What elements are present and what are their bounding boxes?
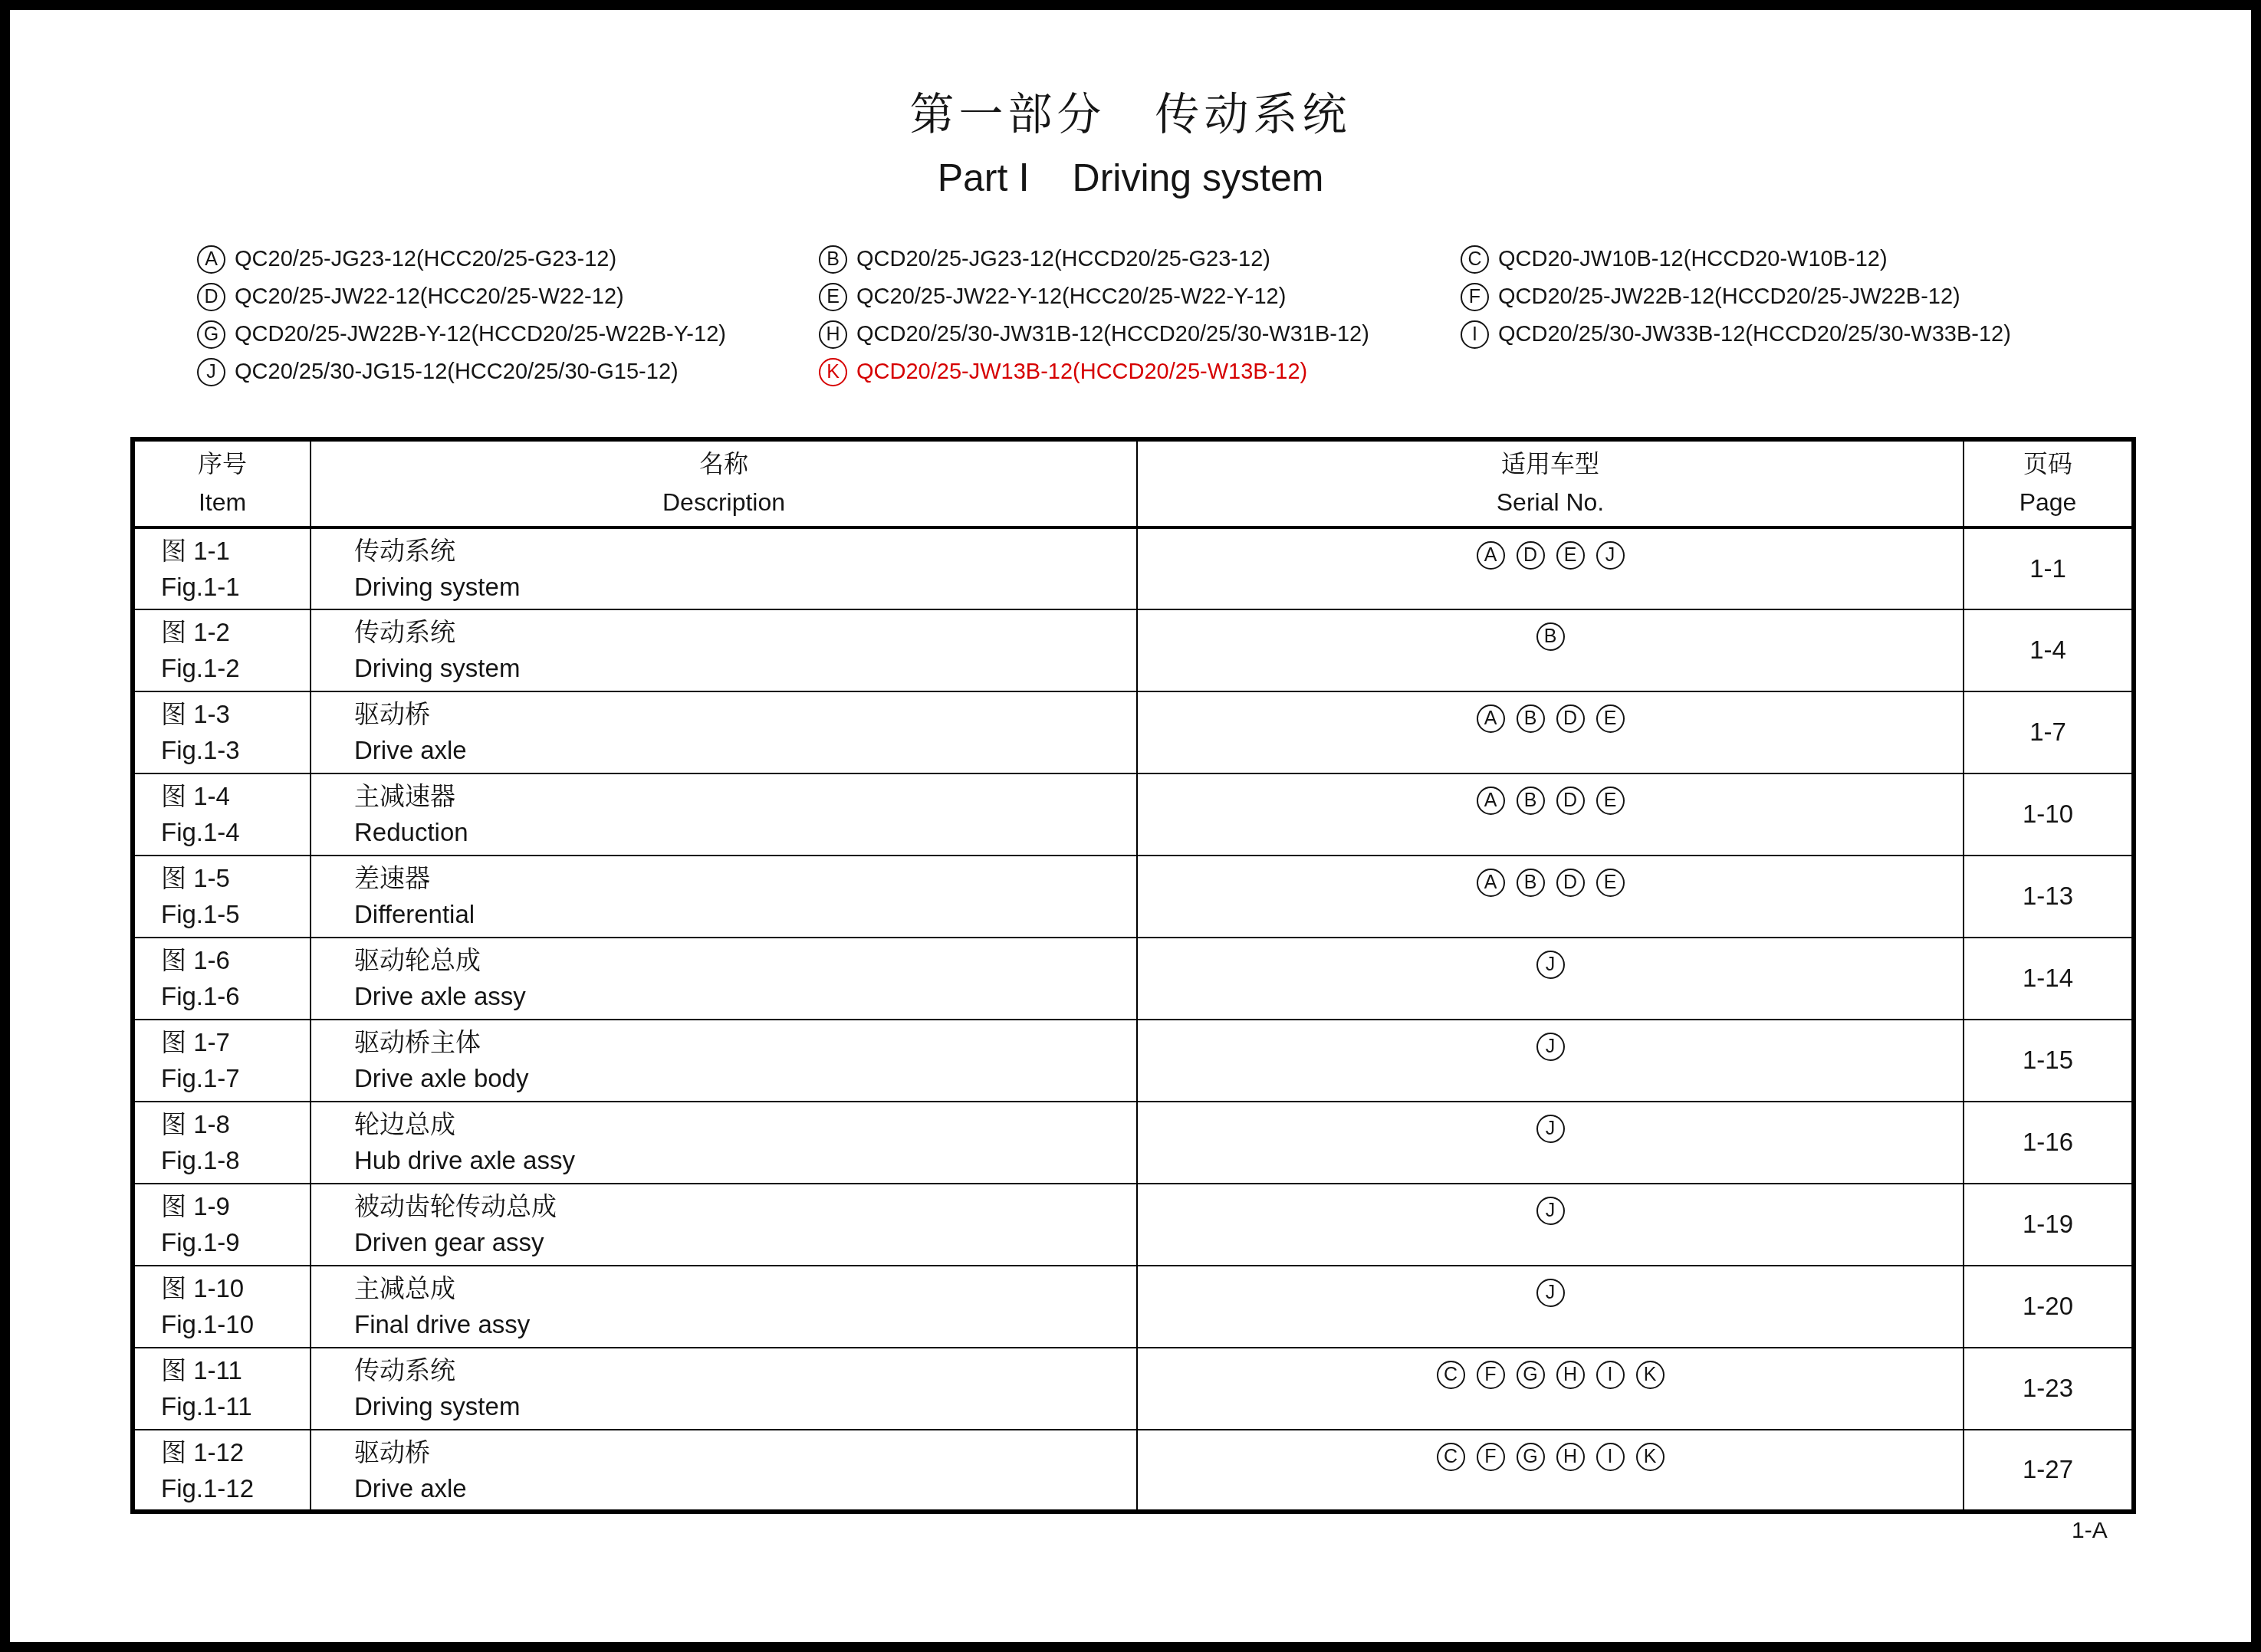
item-label-cn: 图 1-3 <box>161 697 310 733</box>
column-header-description: 名称 Description <box>311 439 1137 527</box>
description-en: Drive axle assy <box>354 979 1136 1015</box>
page-number-cell: 1-16 <box>1964 1102 2134 1184</box>
description-cell: 驱动桥Drive axle <box>311 691 1137 773</box>
legend-entry-b: BQCD20/25-JG23-12(HCCD20/25-G23-12) <box>819 245 1270 274</box>
serial-code-badge-icon: A <box>1477 704 1505 733</box>
description-cn: 主减总成 <box>354 1271 1136 1307</box>
item-label-cn: 图 1-1 <box>161 534 310 570</box>
serial-code-badge-icon: G <box>1517 1443 1545 1471</box>
serial-codes: ABDE <box>1477 704 1625 733</box>
serial-cell: J <box>1137 1266 1964 1348</box>
catalog-table: 序号 Item 名称 Description 适用车型 Serial No. 页… <box>130 437 2136 1514</box>
serial-codes: J <box>1536 1115 1565 1143</box>
legend-entry-c: CQCD20-JW10B-12(HCCD20-W10B-12) <box>1461 245 1888 274</box>
serial-code-badge-icon: D <box>1556 869 1585 897</box>
item-label-cn: 图 1-6 <box>161 943 310 979</box>
item-label-cn: 图 1-8 <box>161 1107 310 1143</box>
serial-code-badge-icon: E <box>1596 704 1625 733</box>
model-code-badge-icon: A <box>197 245 225 274</box>
table-row: 图 1-9Fig.1-9被动齿轮传动总成Driven gear assyJ1-1… <box>133 1184 2134 1266</box>
model-code-text: QCD20/25/30-JW31B-12(HCCD20/25/30-W31B-1… <box>856 322 1369 347</box>
item-label-cn: 图 1-10 <box>161 1271 310 1307</box>
description-cn: 驱动轮总成 <box>354 943 1136 979</box>
item-cell: 图 1-1Fig.1-1 <box>133 527 311 609</box>
serial-code-badge-icon: K <box>1636 1361 1665 1389</box>
table-row: 图 1-11Fig.1-11传动系统Driving systemCFGHIK1-… <box>133 1348 2134 1430</box>
item-cell: 图 1-4Fig.1-4 <box>133 773 311 856</box>
item-cell: 图 1-11Fig.1-11 <box>133 1348 311 1430</box>
serial-cell: CFGHIK <box>1137 1348 1964 1430</box>
model-code-text: QC20/25-JW22-Y-12(HCC20/25-W22-Y-12) <box>856 284 1286 310</box>
serial-cell: J <box>1137 1102 1964 1184</box>
item-label-en: Fig.1-2 <box>161 651 310 687</box>
item-cell: 图 1-2Fig.1-2 <box>133 609 311 691</box>
serial-code-badge-icon: E <box>1556 541 1585 570</box>
description-en: Reduction <box>354 815 1136 851</box>
model-code-badge-icon: C <box>1461 245 1489 274</box>
description-cell: 驱动桥Drive axle <box>311 1430 1137 1512</box>
description-en: Final drive assy <box>354 1307 1136 1343</box>
serial-cell: ABDE <box>1137 773 1964 856</box>
description-en: Driving system <box>354 1389 1136 1425</box>
item-label-en: Fig.1-4 <box>161 815 310 851</box>
legend-entry-e: EQC20/25-JW22-Y-12(HCC20/25-W22-Y-12) <box>819 283 1286 311</box>
description-cell: 传动系统Driving system <box>311 527 1137 609</box>
serial-cell: J <box>1137 938 1964 1020</box>
serial-codes: B <box>1536 622 1565 651</box>
serial-code-badge-icon: J <box>1536 1115 1565 1143</box>
serial-code-badge-icon: A <box>1477 869 1505 897</box>
model-code-text: QC20/25-JG23-12(HCC20/25-G23-12) <box>235 247 616 272</box>
item-cell: 图 1-6Fig.1-6 <box>133 938 311 1020</box>
legend-entry-h: HQCD20/25/30-JW31B-12(HCCD20/25/30-W31B-… <box>819 320 1369 349</box>
page-number-cell: 1-23 <box>1964 1348 2134 1430</box>
serial-code-badge-icon: B <box>1517 787 1545 815</box>
serial-cell: CFGHIK <box>1137 1430 1964 1512</box>
description-en: Drive axle body <box>354 1061 1136 1097</box>
serial-code-badge-icon: G <box>1517 1361 1545 1389</box>
model-code-badge-icon: G <box>197 320 225 349</box>
page-number-cell: 1-7 <box>1964 691 2134 773</box>
serial-code-badge-icon: K <box>1636 1443 1665 1471</box>
column-header-page: 页码 Page <box>1964 439 2134 527</box>
column-header-description-en: Description <box>311 484 1136 522</box>
serial-code-badge-icon: I <box>1596 1443 1625 1471</box>
model-code-badge-icon: I <box>1461 320 1489 349</box>
serial-codes: J <box>1536 1197 1565 1225</box>
legend-entry-i: IQCD20/25/30-JW33B-12(HCCD20/25/30-W33B-… <box>1461 320 2011 349</box>
description-cn: 轮边总成 <box>354 1107 1136 1143</box>
page-number-cell: 1-27 <box>1964 1430 2134 1512</box>
item-label-en: Fig.1-11 <box>161 1389 310 1425</box>
column-header-description-cn: 名称 <box>311 445 1136 484</box>
description-en: Driving system <box>354 570 1136 606</box>
column-header-item-en: Item <box>135 484 310 522</box>
legend-entry-j: JQC20/25/30-JG15-12(HCC20/25/30-G15-12) <box>197 358 679 386</box>
legend-entry-d: DQC20/25-JW22-12(HCC20/25-W22-12) <box>197 283 624 311</box>
description-cn: 驱动桥 <box>354 697 1136 733</box>
item-label-cn: 图 1-4 <box>161 779 310 815</box>
description-en: Hub drive axle assy <box>354 1143 1136 1179</box>
model-code-badge-icon: D <box>197 283 225 311</box>
legend-entry-a: AQC20/25-JG23-12(HCC20/25-G23-12) <box>197 245 616 274</box>
column-header-item-cn: 序号 <box>135 445 310 484</box>
table-row: 图 1-6Fig.1-6驱动轮总成Drive axle assyJ1-14 <box>133 938 2134 1020</box>
serial-codes: J <box>1536 1279 1565 1307</box>
description-en: Driving system <box>354 651 1136 687</box>
description-cell: 驱动轮总成Drive axle assy <box>311 938 1137 1020</box>
item-label-en: Fig.1-7 <box>161 1061 310 1097</box>
description-en: Driven gear assy <box>354 1225 1136 1261</box>
description-cell: 传动系统Driving system <box>311 609 1137 691</box>
table-row: 图 1-8Fig.1-8轮边总成Hub drive axle assyJ1-16 <box>133 1102 2134 1184</box>
item-label-cn: 图 1-11 <box>161 1353 310 1389</box>
column-header-page-en: Page <box>1964 484 2131 522</box>
serial-code-badge-icon: B <box>1517 869 1545 897</box>
item-cell: 图 1-3Fig.1-3 <box>133 691 311 773</box>
page-title-english: Part Ⅰ Driving system <box>0 156 2261 200</box>
description-cn: 驱动桥主体 <box>354 1025 1136 1061</box>
column-header-page-cn: 页码 <box>1964 445 2131 484</box>
table-row: 图 1-10Fig.1-10主减总成Final drive assyJ1-20 <box>133 1266 2134 1348</box>
table-row: 图 1-5Fig.1-5差速器DifferentialABDE1-13 <box>133 856 2134 938</box>
table-header-row: 序号 Item 名称 Description 适用车型 Serial No. 页… <box>133 439 2134 527</box>
model-code-badge-icon: K <box>819 358 847 386</box>
page-number-cell: 1-14 <box>1964 938 2134 1020</box>
item-label-cn: 图 1-7 <box>161 1025 310 1061</box>
legend-entry-k: KQCD20/25-JW13B-12(HCCD20/25-W13B-12) <box>819 358 1307 386</box>
serial-code-badge-icon: F <box>1477 1361 1505 1389</box>
item-label-cn: 图 1-9 <box>161 1189 310 1225</box>
serial-code-badge-icon: D <box>1556 787 1585 815</box>
page-title-chinese: 第一部分 传动系统 <box>0 78 2261 143</box>
description-cell: 传动系统Driving system <box>311 1348 1137 1430</box>
description-cn: 传动系统 <box>354 534 1136 570</box>
serial-code-badge-icon: D <box>1556 704 1585 733</box>
description-cn: 主减速器 <box>354 779 1136 815</box>
serial-codes: J <box>1536 951 1565 979</box>
serial-code-badge-icon: A <box>1477 787 1505 815</box>
serial-cell: J <box>1137 1020 1964 1102</box>
model-code-text: QC20/25/30-JG15-12(HCC20/25/30-G15-12) <box>235 360 679 385</box>
serial-cell: B <box>1137 609 1964 691</box>
serial-code-badge-icon: B <box>1517 704 1545 733</box>
model-code-text: QCD20/25-JW13B-12(HCCD20/25-W13B-12) <box>856 360 1307 385</box>
serial-code-badge-icon: H <box>1556 1361 1585 1389</box>
serial-code-badge-icon: D <box>1517 541 1545 570</box>
item-cell: 图 1-9Fig.1-9 <box>133 1184 311 1266</box>
page-number-cell: 1-13 <box>1964 856 2134 938</box>
serial-codes: ADEJ <box>1477 541 1625 570</box>
model-code-badge-icon: H <box>819 320 847 349</box>
serial-code-badge-icon: J <box>1536 1033 1565 1061</box>
description-cell: 差速器Differential <box>311 856 1137 938</box>
description-en: Drive axle <box>354 733 1136 769</box>
page-number-cell: 1-10 <box>1964 773 2134 856</box>
page-number-cell: 1-15 <box>1964 1020 2134 1102</box>
item-label-en: Fig.1-1 <box>161 570 310 606</box>
model-code-text: QCD20/25-JW22B-12(HCCD20/25-JW22B-12) <box>1498 284 1960 310</box>
table-row: 图 1-3Fig.1-3驱动桥Drive axleABDE1-7 <box>133 691 2134 773</box>
serial-codes: ABDE <box>1477 787 1625 815</box>
description-cn: 差速器 <box>354 861 1136 897</box>
serial-code-badge-icon: I <box>1596 1361 1625 1389</box>
serial-cell: ADEJ <box>1137 527 1964 609</box>
model-code-text: QC20/25-JW22-12(HCC20/25-W22-12) <box>235 284 624 310</box>
description-cell: 主减速器Reduction <box>311 773 1137 856</box>
column-header-item: 序号 Item <box>133 439 311 527</box>
item-cell: 图 1-5Fig.1-5 <box>133 856 311 938</box>
item-label-en: Fig.1-3 <box>161 733 310 769</box>
description-cn: 传动系统 <box>354 1353 1136 1389</box>
item-label-en: Fig.1-10 <box>161 1307 310 1343</box>
item-cell: 图 1-8Fig.1-8 <box>133 1102 311 1184</box>
description-cell: 驱动桥主体Drive axle body <box>311 1020 1137 1102</box>
model-code-text: QCD20/25-JG23-12(HCCD20/25-G23-12) <box>856 247 1270 272</box>
description-cell: 轮边总成Hub drive axle assy <box>311 1102 1137 1184</box>
item-cell: 图 1-7Fig.1-7 <box>133 1020 311 1102</box>
description-cell: 主减总成Final drive assy <box>311 1266 1137 1348</box>
serial-code-badge-icon: C <box>1437 1361 1465 1389</box>
item-label-cn: 图 1-2 <box>161 615 310 651</box>
page-number-cell: 1-20 <box>1964 1266 2134 1348</box>
model-code-badge-icon: J <box>197 358 225 386</box>
item-cell: 图 1-10Fig.1-10 <box>133 1266 311 1348</box>
item-label-en: Fig.1-5 <box>161 897 310 933</box>
column-header-serial-en: Serial No. <box>1138 484 1963 522</box>
footer-page-number: 1-A <box>2072 1518 2108 1544</box>
item-label-cn: 图 1-5 <box>161 861 310 897</box>
table-row: 图 1-7Fig.1-7驱动桥主体Drive axle bodyJ1-15 <box>133 1020 2134 1102</box>
page-number-cell: 1-4 <box>1964 609 2134 691</box>
serial-cell: J <box>1137 1184 1964 1266</box>
model-code-text: QCD20/25/30-JW33B-12(HCCD20/25/30-W33B-1… <box>1498 322 2011 347</box>
table-row: 图 1-2Fig.1-2传动系统Driving systemB1-4 <box>133 609 2134 691</box>
model-code-badge-icon: E <box>819 283 847 311</box>
page-number-cell: 1-1 <box>1964 527 2134 609</box>
page-number-cell: 1-19 <box>1964 1184 2134 1266</box>
legend-entry-f: FQCD20/25-JW22B-12(HCCD20/25-JW22B-12) <box>1461 283 1960 311</box>
description-cell: 被动齿轮传动总成Driven gear assy <box>311 1184 1137 1266</box>
catalog-table-body: 图 1-1Fig.1-1传动系统Driving systemADEJ1-1图 1… <box>133 527 2134 1512</box>
serial-code-badge-icon: E <box>1596 869 1625 897</box>
description-cn: 传动系统 <box>354 615 1136 651</box>
serial-code-badge-icon: J <box>1536 1197 1565 1225</box>
item-label-cn: 图 1-12 <box>161 1435 310 1471</box>
item-label-en: Fig.1-6 <box>161 979 310 1015</box>
item-label-en: Fig.1-12 <box>161 1471 310 1507</box>
description-cn: 被动齿轮传动总成 <box>354 1189 1136 1225</box>
description-en: Differential <box>354 897 1136 933</box>
serial-cell: ABDE <box>1137 856 1964 938</box>
serial-code-badge-icon: B <box>1536 622 1565 651</box>
serial-code-badge-icon: J <box>1596 541 1625 570</box>
model-code-text: QCD20/25-JW22B-Y-12(HCCD20/25-W22B-Y-12) <box>235 322 726 347</box>
description-cn: 驱动桥 <box>354 1435 1136 1471</box>
serial-codes: ABDE <box>1477 869 1625 897</box>
serial-codes: J <box>1536 1033 1565 1061</box>
column-header-serial-cn: 适用车型 <box>1138 445 1963 484</box>
model-code-badge-icon: B <box>819 245 847 274</box>
table-row: 图 1-12Fig.1-12驱动桥Drive axleCFGHIK1-27 <box>133 1430 2134 1512</box>
serial-code-badge-icon: H <box>1556 1443 1585 1471</box>
item-cell: 图 1-12Fig.1-12 <box>133 1430 311 1512</box>
serial-code-badge-icon: J <box>1536 951 1565 979</box>
table-row: 图 1-4Fig.1-4主减速器ReductionABDE1-10 <box>133 773 2134 856</box>
serial-code-badge-icon: C <box>1437 1443 1465 1471</box>
model-code-text: QCD20-JW10B-12(HCCD20-W10B-12) <box>1498 247 1888 272</box>
legend-entry-g: GQCD20/25-JW22B-Y-12(HCCD20/25-W22B-Y-12… <box>197 320 726 349</box>
serial-code-badge-icon: J <box>1536 1279 1565 1307</box>
serial-cell: ABDE <box>1137 691 1964 773</box>
description-en: Drive axle <box>354 1471 1136 1507</box>
item-label-en: Fig.1-9 <box>161 1225 310 1261</box>
serial-code-badge-icon: F <box>1477 1443 1505 1471</box>
serial-code-badge-icon: E <box>1596 787 1625 815</box>
serial-codes: CFGHIK <box>1437 1443 1665 1471</box>
serial-code-badge-icon: A <box>1477 541 1505 570</box>
serial-codes: CFGHIK <box>1437 1361 1665 1389</box>
column-header-serial: 适用车型 Serial No. <box>1137 439 1964 527</box>
model-code-badge-icon: F <box>1461 283 1489 311</box>
table-row: 图 1-1Fig.1-1传动系统Driving systemADEJ1-1 <box>133 527 2134 609</box>
item-label-en: Fig.1-8 <box>161 1143 310 1179</box>
